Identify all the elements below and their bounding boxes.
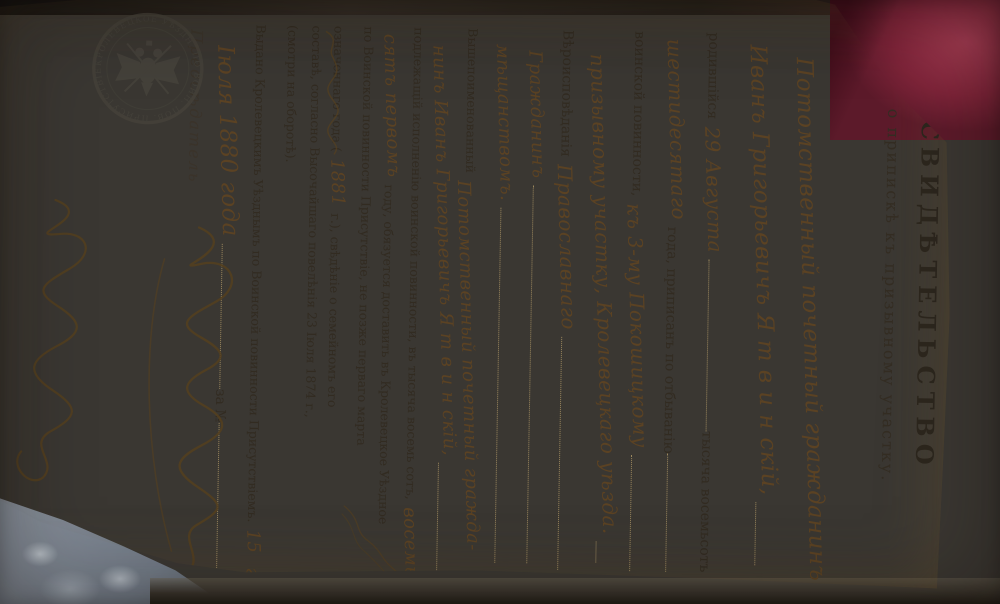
printed-text: по Воинской повинности Присутствіе, не п… [354,26,376,446]
printed-text: родившійся [704,32,722,119]
printed-text: воинской повинности, [629,31,648,196]
official-round-stamp: КРОЛЕВЕЦКОЕ УѢЗДН. ПО ВОИН. ПОВ. ПРИСУТС… [85,6,211,132]
double-headed-eagle-icon [114,39,181,98]
handwritten-entry: мѣщанствомъ. [492,44,517,202]
line-estate: Гражданинъ [518,43,548,563]
line-precinct-intro: воинской повинности, къ 3-му Покошицкому [621,31,654,571]
margin-note-handwriting [314,28,344,158]
dotted-rule [494,208,501,563]
para-line-8: (смотри на оборотѣ). [276,25,300,569]
handwritten-entry: Православнаго [553,164,581,330]
handwritten-entry: къ 3-му Покошицкому [622,203,652,448]
line-birthdate: родившійся 29 Августа тысяча восемьсотъ [695,32,728,572]
printed-text: подлежащій исполненію воинской повинност… [403,27,426,500]
handwritten-entry: 29 Августа [700,126,727,253]
line-estate-2: мѣщанствомъ. [486,37,516,563]
para-line-4: сятъ первомъ году, обязуется доставить в… [373,27,403,571]
dotted-rule [706,260,710,431]
dotted-rule [526,185,534,563]
chairman-signature [127,218,261,580]
line-precinct: призывному участку, Кролевецкаго уѣзда. [587,46,620,562]
line-birthyear: шестидесятаго года, приписанъ по отбыван… [657,32,690,572]
para-line-1: Вышепоименованный Потомственный почетный… [454,28,484,572]
printed-text: (смотри на оборотѣ). [283,25,300,163]
dotted-rule [595,541,596,562]
dotted-rule [629,455,632,571]
corner-note-handwriting [339,500,413,589]
para-line-2: нинъ Иванъ Григорьевичъ Я т в и н скій, [428,38,458,572]
title-text: СВИДѢТЕЛЬСТВО [910,121,945,472]
printed-text: тысяча восемьсотъ [696,431,714,573]
line-full-name: Иванъ Григорьевичъ Я т в и н скій, [745,37,780,565]
handwritten-entry: Гражданинъ [524,50,548,179]
clerk-signature [1,193,111,495]
handwritten-entry: Іюля 1880 года [212,45,243,237]
handwritten-entry: Иванъ Григорьевичъ Я т в и н скій, [745,44,783,496]
dotted-rule [754,502,756,565]
line-citizen-status: Потомственный почетный гражданинъ [794,50,829,550]
dotted-rule [436,463,439,572]
printed-text: году, обязуется доставить въ Кролевецкое… [376,184,397,524]
handwritten-entry: 1881 [326,159,348,207]
subtitle-text: о припискѣ къ призывному участку. [878,109,904,483]
dotted-rule [665,454,668,572]
printed-text: Вышепоименованный [463,28,481,173]
handwritten-entry: призывному участку, Кролевецкаго уѣзда. [586,53,623,534]
printed-text: г.), свѣдѣніе о семейномъ его [325,213,343,407]
printed-text: года, приписанъ по отбыванію [660,227,680,454]
handwritten-entry: Потомственный почетный гражданинъ [791,57,831,582]
handwritten-entry: сятъ первомъ [379,34,404,178]
printed-text: Вѣроисповѣданія [557,30,575,157]
para-line-3: подлежащій исполненію воинской повинност… [400,27,430,571]
line-religion: Вѣроисповѣданія Православнаго [549,30,582,570]
dotted-rule [557,337,562,570]
certificate-document: СВИДѢТЕЛЬСТВО о припискѣ къ призывному у… [0,0,955,599]
handwritten-entry: шестидесятаго [662,39,691,221]
photo-scene: СВИДѢТЕЛЬСТВО о припискѣ къ призывному у… [0,0,1000,604]
para-line-5: по Воинской повинности Присутствіе, не п… [352,26,376,570]
